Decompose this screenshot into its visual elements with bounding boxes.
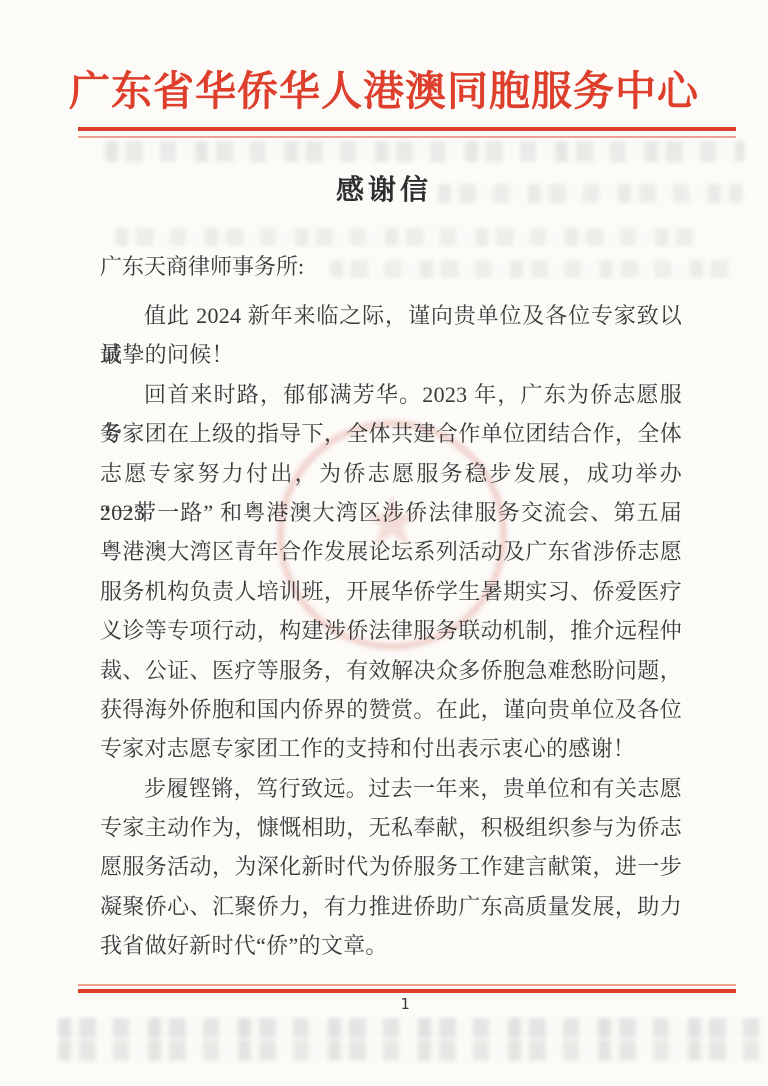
bleedthrough-band bbox=[58, 1018, 768, 1038]
letter-title: 感谢信 bbox=[0, 168, 768, 208]
footer-rule-thick bbox=[78, 989, 736, 993]
body-line: 裁、公证、医疗等服务，有效解决众多侨胞急难愁盼问题， bbox=[100, 651, 682, 690]
scanned-letter-page: ★ 广东省华侨华人港澳同胞服务中心 感谢信 广东天商律师事务所: 值此 2024… bbox=[0, 0, 768, 1086]
body-line: 专家团在上级的指导下，全体共建合作单位团结合作，全体 bbox=[100, 414, 682, 453]
body-line: 义诊等专项行动，构建涉侨法律服务联动机制，推介远程仲 bbox=[100, 611, 682, 650]
page-number: 1 bbox=[21, 995, 768, 1013]
body-line: 获得海外侨胞和国内侨界的赞赏。在此，谨向贵单位及各位 bbox=[100, 690, 682, 729]
body-line: 我省做好新时代“侨”的文章。 bbox=[100, 926, 682, 965]
body-line: 粤港澳大湾区青年合作发展论坛系列活动及广东省涉侨志愿 bbox=[100, 532, 682, 571]
footer-rule-thin bbox=[78, 984, 736, 986]
body-lines: 值此 2024 新年来临之际，谨向贵单位及各位专家致以最诚挚的问候！回首来时路，… bbox=[100, 296, 682, 966]
salutation: 广东天商律师事务所: bbox=[100, 252, 304, 282]
body-line: 凝聚侨心、汇聚侨力，有力推进侨助广东高质量发展，助力 bbox=[100, 887, 682, 926]
bleedthrough-band bbox=[115, 228, 700, 246]
header-rule-thin bbox=[78, 136, 736, 138]
header-rule-thick bbox=[78, 127, 736, 131]
body-line: 回首来时路，郁郁满芳华。2023 年，广东为侨志愿服务 bbox=[100, 375, 682, 414]
bleedthrough-band bbox=[330, 260, 738, 278]
body-line: 诚挚的问候！ bbox=[100, 335, 682, 374]
bleedthrough-band bbox=[58, 1040, 768, 1061]
body-line: 专家主动作为，慷慨相助，无私奉献，积极组织参与为侨志 bbox=[100, 808, 682, 847]
body-line: 愿服务活动，为深化新时代为侨服务工作建言献策，进一步 bbox=[100, 847, 682, 886]
body-line: 服务机构负责人培训班，开展华侨学生暑期实习、侨爱医疗 bbox=[100, 572, 682, 611]
body-line: 步履铿锵，笃行致远。过去一年来，贵单位和有关志愿 bbox=[100, 769, 682, 808]
body-line: 专家对志愿专家团工作的支持和付出表示衷心的感谢！ bbox=[100, 729, 682, 768]
body-line: 值此 2024 新年来临之际，谨向贵单位及各位专家致以最 bbox=[100, 296, 682, 335]
letterhead-org-name: 广东省华侨华人港澳同胞服务中心 bbox=[0, 58, 768, 117]
bleedthrough-band bbox=[105, 141, 745, 162]
body-line: “一带一路” 和粤港澳大湾区涉侨法律服务交流会、第五届 bbox=[100, 493, 682, 532]
body-line: 志愿专家努力付出，为侨志愿服务稳步发展，成功举办 2023 bbox=[100, 454, 682, 493]
